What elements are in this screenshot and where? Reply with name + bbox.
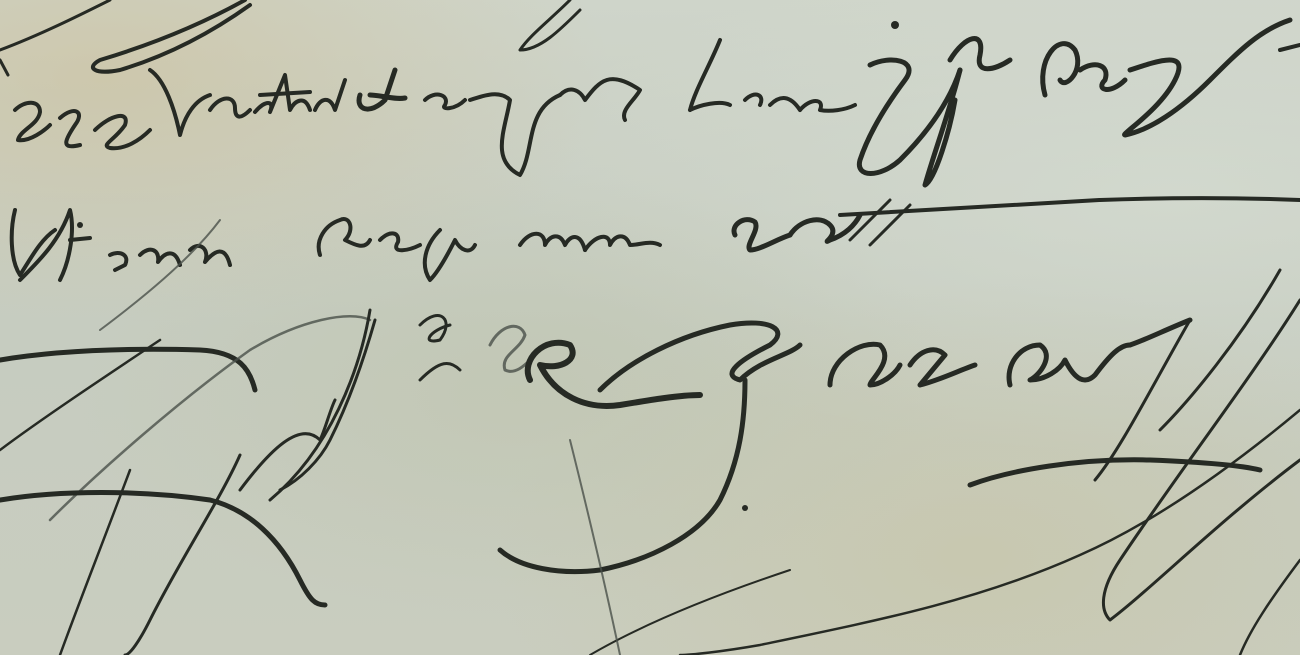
line-2-script xyxy=(12,198,1300,330)
signature-script xyxy=(0,270,1280,572)
handwriting-strokes xyxy=(0,0,1300,655)
manuscript-page: ssebastian de yngleterra i jos des testi… xyxy=(0,0,1300,655)
line-1-end-script xyxy=(859,20,1300,185)
top-flourishes xyxy=(0,0,580,75)
line-1-script xyxy=(15,40,855,175)
